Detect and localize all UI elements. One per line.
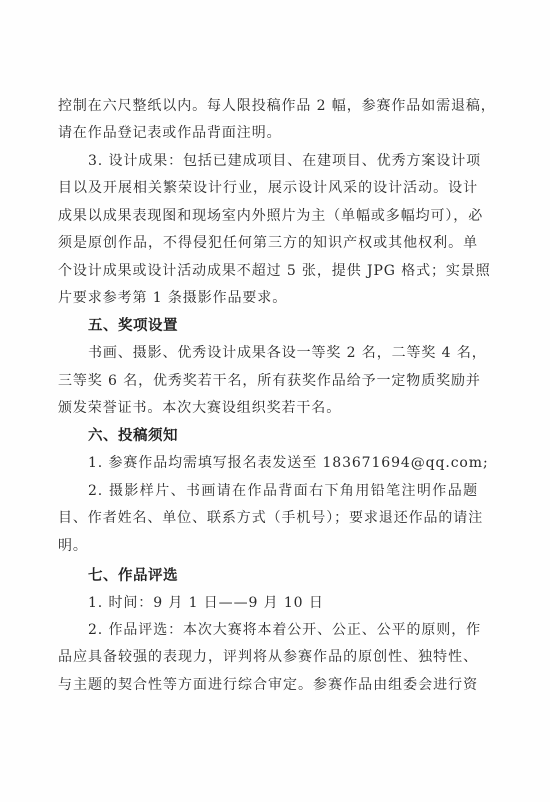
body-line: 书画、摄影、优秀设计成果各设一等奖 2 名，二等奖 4 名，	[88, 343, 478, 363]
design-results-item: 3. 设计成果：包括已建成项目、在建项目、优秀方案设计项	[88, 151, 478, 171]
body-line: 目以及开展相关繁荣设计行业，展示设计风采的设计活动。设计	[58, 178, 478, 198]
judging-time-item: 1. 时间：9 月 1 日——9 月 10 日	[88, 593, 478, 613]
body-line: 品应具备较强的表现力，评判将从参赛作品的原创性、独特性、	[58, 647, 478, 667]
section-heading-submission: 六、投稿须知	[88, 426, 478, 446]
submission-email-item: 1. 参赛作品均需填写报名表发送至 183671694@qq.com;	[88, 453, 478, 473]
body-line: 目、作者姓名、单位、联系方式（手机号）；要求退还作品的请注	[58, 508, 478, 528]
body-line: 与主题的契合性等方面进行综合审定。参赛作品由组委会进行资	[58, 675, 478, 695]
body-line: 2. 摄影样片、书画请在作品背面右下角用铅笔注明作品题	[88, 481, 478, 501]
body-line: 控制在六尺整纸以内。每人限投稿作品 2 幅，参赛作品如需退稿，	[58, 96, 478, 116]
body-line: 2. 作品评选：本次大赛将本着公开、公正、公平的原则，作	[88, 620, 478, 640]
body-line: 个设计成果或设计活动成果不超过 5 张，提供 JPG 格式；实景照	[58, 261, 478, 281]
body-line: 片要求参考第 1 条摄影作品要求。	[58, 288, 478, 308]
body-line: 请在作品登记表或作品背面注明。	[58, 123, 478, 143]
document-page: 控制在六尺整纸以内。每人限投稿作品 2 幅，参赛作品如需退稿， 请在作品登记表或…	[0, 0, 550, 802]
body-line: 须是原创作品，不得侵犯任何第三方的知识产权或其他权利。单	[58, 233, 478, 253]
body-line: 成果以成果表现图和现场室内外照片为主（单幅或多幅均可），必	[58, 206, 478, 226]
body-line: 颁发荣誉证书。本次大赛设组织奖若干名。	[58, 398, 478, 418]
body-line: 三等奖 6 名，优秀奖若干名，所有获奖作品给予一定物质奖励并	[58, 371, 478, 391]
body-line: 明。	[58, 536, 478, 556]
section-heading-judging: 七、作品评选	[88, 566, 478, 586]
section-heading-awards: 五、奖项设置	[88, 316, 478, 336]
